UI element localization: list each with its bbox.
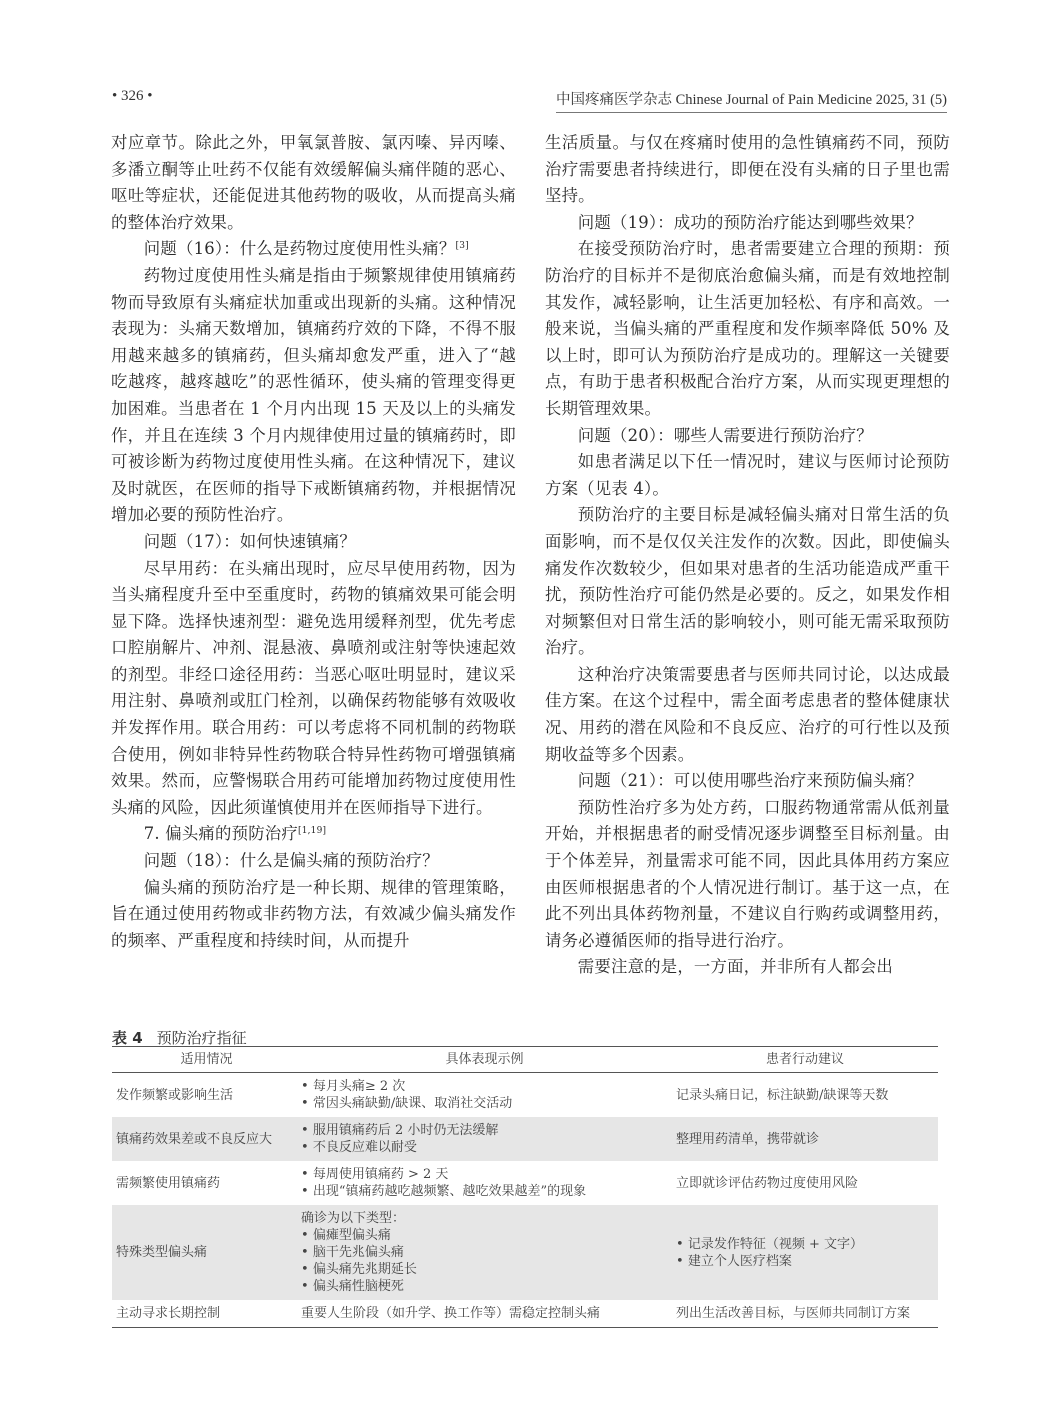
action-item: 记录头痛日记，标注缺勤/缺课等天数 xyxy=(676,1087,934,1104)
example-item: 出现“镇痛药越吃越频繁、越吃效果越差”的现象 xyxy=(301,1183,668,1200)
table-row: 主动寻求长期控制重要人生阶段（如升学、换工作等）需稳定控制头痛列出生活改善目标，… xyxy=(112,1300,938,1328)
condition-cell: 需频繁使用镇痛药 xyxy=(112,1161,297,1205)
condition-cell: 特殊类型偏头痛 xyxy=(112,1205,297,1300)
paragraph: 尽早用药：在头痛出现时，应尽早使用药物，因为当头痛程度升至中至重度时，药物的镇痛… xyxy=(111,556,516,822)
paragraph: 预防治疗的主要目标是减轻偏头痛对日常生活的负面影响，而不是仅仅关注发作的次数。因… xyxy=(545,502,950,662)
table-caption: 表 4预防治疗指征 xyxy=(112,1027,247,1048)
condition-cell: 镇痛药效果差或不良反应大 xyxy=(112,1117,297,1161)
condition-cell: 发作频繁或影响生活 xyxy=(112,1073,297,1118)
action-cell: 整理用药清单，携带就诊 xyxy=(672,1117,938,1161)
example-item: 不良反应难以耐受 xyxy=(301,1139,668,1156)
running-header: • 326 • 中国疼痛医学杂志 Chinese Journal of Pain… xyxy=(112,88,947,112)
paragraph: 这种治疗决策需要患者与医师共同讨论，以达成最佳方案。在这个过程中，需全面考虑患者… xyxy=(545,662,950,768)
paragraph: 生活质量。与仅在疼痛时使用的急性镇痛药不同，预防治疗需要患者持续进行，即便在没有… xyxy=(545,130,950,210)
condition-cell: 主动寻求长期控制 xyxy=(112,1300,297,1328)
question-16-heading: 问题（16）：什么是药物过度使用性头痛？[3] xyxy=(111,236,516,263)
question-21-heading: 问题（21）：可以使用哪些治疗来预防偏头痛？ xyxy=(545,768,950,795)
examples-cell: 重要人生阶段（如升学、换工作等）需稳定控制头痛 xyxy=(297,1300,672,1328)
paragraph: 如患者满足以下任一情况时，建议与医师讨论预防方案（见表 4）。 xyxy=(545,449,950,502)
paragraph: 预防性治疗多为处方药，口服药物通常需从低剂量开始，并根据患者的耐受情况逐步调整至… xyxy=(545,795,950,955)
question-19-heading: 问题（19）：成功的预防治疗能达到哪些效果？ xyxy=(545,210,950,237)
section-7-heading: 7. 偏头痛的预防治疗[1,19] xyxy=(111,821,516,848)
examples-cell: 每月头痛≥ 2 次常因头痛缺勤/缺课、取消社交活动 xyxy=(297,1073,672,1118)
action-cell: 立即就诊评估药物过度使用风险 xyxy=(672,1161,938,1205)
examples-cell: 每周使用镇痛药 > 2 天出现“镇痛药越吃越频繁、越吃效果越差”的现象 xyxy=(297,1161,672,1205)
table-body: 发作频繁或影响生活每月头痛≥ 2 次常因头痛缺勤/缺课、取消社交活动记录头痛日记… xyxy=(112,1073,938,1328)
question-text: 问题（16）：什么是药物过度使用性头痛？ xyxy=(144,239,456,258)
citation: [3] xyxy=(455,241,468,251)
examples-intro: 确诊为以下类型： xyxy=(301,1210,668,1227)
table-row: 镇痛药效果差或不良反应大服用镇痛药后 2 小时仍无法缓解不良反应难以耐受整理用药… xyxy=(112,1117,938,1161)
table-header-row: 适用情况 具体表现示例 患者行动建议 xyxy=(112,1047,938,1073)
action-item: 记录发作特征（视频 + 文字） xyxy=(676,1236,934,1253)
page-number: • 326 • xyxy=(112,88,153,105)
paragraph: 药物过度使用性头痛是指由于频繁规律使用镇痛药物而导致原有头痛症状加重或出现新的头… xyxy=(111,263,516,529)
question-18-heading: 问题（18）：什么是偏头痛的预防治疗？ xyxy=(111,848,516,875)
action-cell: 列出生活改善目标，与医师共同制订方案 xyxy=(672,1300,938,1328)
column-header: 患者行动建议 xyxy=(672,1047,938,1073)
column-header: 适用情况 xyxy=(112,1047,297,1073)
paragraph: 需要注意的是，一方面，并非所有人都会出 xyxy=(545,954,950,981)
left-column: 对应章节。除此之外，甲氧氯普胺、氯丙嗪、异丙嗪、多潘立酮等止吐药不仅能有效缓解偏… xyxy=(111,130,516,954)
example-item: 每月头痛≥ 2 次 xyxy=(301,1078,668,1095)
paragraph: 偏头痛的预防治疗是一种长期、规律的管理策略，旨在通过使用药物或非药物方法，有效减… xyxy=(111,875,516,955)
example-item: 偏头痛先兆期延长 xyxy=(301,1261,668,1278)
action-cell: 记录头痛日记，标注缺勤/缺课等天数 xyxy=(672,1073,938,1118)
example-item: 每周使用镇痛药 > 2 天 xyxy=(301,1166,668,1183)
table-title: 预防治疗指征 xyxy=(157,1029,247,1047)
action-item: 建立个人医疗档案 xyxy=(676,1253,934,1270)
example-item: 偏瘫型偏头痛 xyxy=(301,1227,668,1244)
question-17-heading: 问题（17）：如何快速镇痛？ xyxy=(111,529,516,556)
column-header: 具体表现示例 xyxy=(297,1047,672,1073)
example-item: 服用镇痛药后 2 小时仍无法缓解 xyxy=(301,1122,668,1139)
question-20-heading: 问题（20）：哪些人需要进行预防治疗？ xyxy=(545,423,950,450)
example-item: 常因头痛缺勤/缺课、取消社交活动 xyxy=(301,1095,668,1112)
examples-cell: 确诊为以下类型：偏瘫型偏头痛脑干先兆偏头痛偏头痛先兆期延长偏头痛性脑梗死 xyxy=(297,1205,672,1300)
citation: [1,19] xyxy=(298,826,326,836)
action-item: 立即就诊评估药物过度使用风险 xyxy=(676,1175,934,1192)
action-item: 列出生活改善目标，与医师共同制订方案 xyxy=(676,1305,934,1322)
table-row: 发作频繁或影响生活每月头痛≥ 2 次常因头痛缺勤/缺课、取消社交活动记录头痛日记… xyxy=(112,1073,938,1118)
table-label: 表 4 xyxy=(112,1029,143,1047)
examples-cell: 服用镇痛药后 2 小时仍无法缓解不良反应难以耐受 xyxy=(297,1117,672,1161)
table-row: 需频繁使用镇痛药每周使用镇痛药 > 2 天出现“镇痛药越吃越频繁、越吃效果越差”… xyxy=(112,1161,938,1205)
action-item: 整理用药清单，携带就诊 xyxy=(676,1131,934,1148)
example-item: 偏头痛性脑梗死 xyxy=(301,1278,668,1295)
action-cell: 记录发作特征（视频 + 文字）建立个人医疗档案 xyxy=(672,1205,938,1300)
table-4: 适用情况 具体表现示例 患者行动建议 发作频繁或影响生活每月头痛≥ 2 次常因头… xyxy=(112,1046,938,1328)
paragraph: 在接受预防治疗时，患者需要建立合理的预期：预防治疗的目标并不是彻底治愈偏头痛，而… xyxy=(545,236,950,422)
example-item: 脑干先兆偏头痛 xyxy=(301,1244,668,1261)
section-title: 7. 偏头痛的预防治疗 xyxy=(144,824,298,843)
right-column: 生活质量。与仅在疼痛时使用的急性镇痛药不同，预防治疗需要患者持续进行，即便在没有… xyxy=(545,130,950,981)
table-row: 特殊类型偏头痛确诊为以下类型：偏瘫型偏头痛脑干先兆偏头痛偏头痛先兆期延长偏头痛性… xyxy=(112,1205,938,1300)
examples-intro: 重要人生阶段（如升学、换工作等）需稳定控制头痛 xyxy=(301,1305,668,1322)
journal-title: 中国疼痛医学杂志 Chinese Journal of Pain Medicin… xyxy=(556,88,947,113)
paragraph: 对应章节。除此之外，甲氧氯普胺、氯丙嗪、异丙嗪、多潘立酮等止吐药不仅能有效缓解偏… xyxy=(111,130,516,236)
